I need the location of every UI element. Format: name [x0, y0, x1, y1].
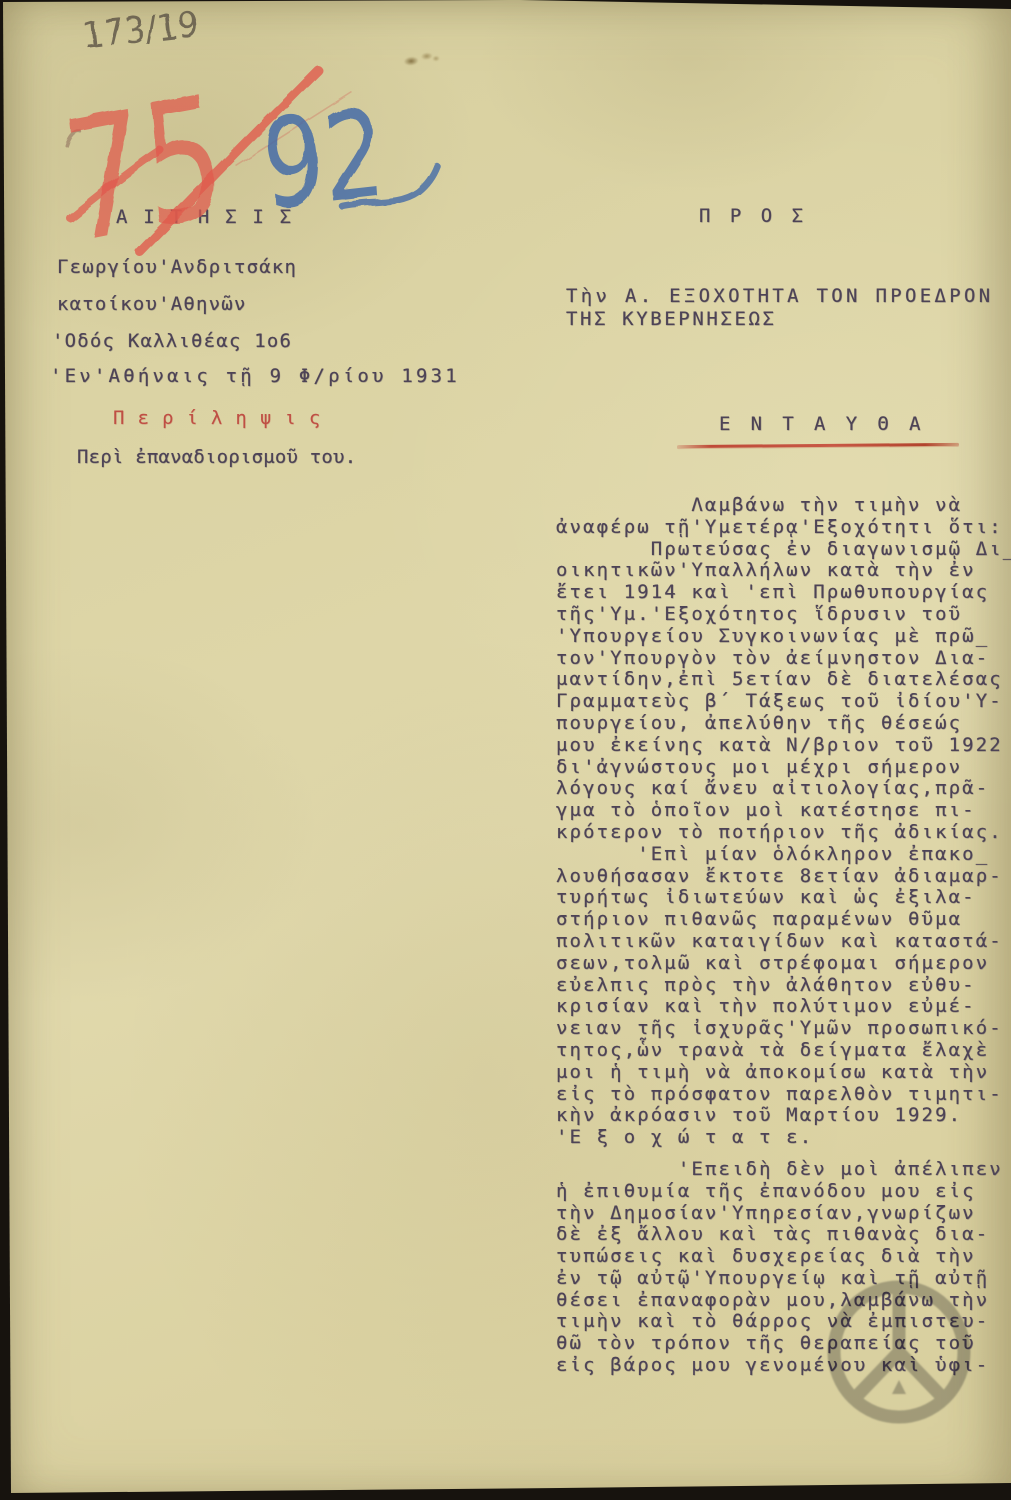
- summary-text: Περὶ ἐπαναδιορισμοῦ του.: [77, 446, 356, 468]
- date-line: 'Εν'Αθήναις τῇ 9 Φ/ρίου 1931: [50, 365, 460, 387]
- body-line: μαντίδην,ἐπὶ 5ετίαν δὲ διατελέσας: [556, 669, 1011, 691]
- to-label: Π Ρ Ο Σ: [699, 205, 807, 227]
- pencil-tick-mark: [66, 131, 80, 145]
- body-line: γμα τὸ ὁποῖον μοὶ κατέστησε πι-: [556, 800, 1011, 822]
- body-line: θέσει ἐπαναφορὰν μου,λαμβάνω τὴν: [556, 1290, 1011, 1312]
- body-line: τῆς'Υμ.'Εξοχότητος ἵδρυσιν τοῦ: [556, 604, 1011, 626]
- body-line: 'Επὶ μίαν ὁλόκληρον ἐπακο_: [556, 844, 1011, 866]
- body-line: Πρωτεύσας ἐν διαγωνισμῷ Δι_: [556, 539, 1011, 561]
- body-line: κρισίαν καὶ τὴν πολύτιμον εὐμέ-: [556, 996, 1011, 1018]
- body-paragraph: Πρωτεύσας ἐν διαγωνισμῷ Δι_οικητικῶν'Υπα…: [556, 539, 1011, 844]
- body-line: ἔτει 1914 καὶ 'επὶ Πρωθυπουργίας: [556, 582, 1011, 604]
- body-line: τυρήτως ἰδιωτεύων καὶ ὡς ἐξιλα-: [556, 887, 1011, 909]
- body-line: μοι ἡ τιμὴ νὰ ἀποκομίσω κατὰ τὴν: [556, 1062, 1011, 1084]
- summary-label: Π ε ρ ί λ η ψ ι ς: [113, 407, 321, 429]
- body-line: ἡ ἐπιθυμία τῆς ἐπανόδου μου εἰς: [556, 1181, 1011, 1203]
- body-line: ἐν τῷ αὐτῷ'Υπουργείῳ καὶ τῇ αὐτῇ: [556, 1268, 1011, 1290]
- body-line: λόγους καί ἄνευ αἰτιολογίας,πρᾶ-: [556, 778, 1011, 800]
- body-line: 'Ε ξ ο χ ώ τ α τ ε.: [556, 1127, 1011, 1149]
- body-line: στήριον πιθανῶς παραμένων θῦμα: [556, 909, 1011, 931]
- body-paragraph: Λαμβάνω τὴν τιμὴν νὰἀναφέρω τῇ'Υμετέρᾳ'Ε…: [556, 495, 1011, 539]
- body-line: δι'ἀγνώστους μοι μέχρι σήμερον: [556, 757, 1011, 779]
- body-line: νειαν τῆς ἰσχυρᾶς'Υμῶν προσωπικό-: [556, 1018, 1011, 1040]
- pencil-number: 173/19: [81, 4, 201, 58]
- document-paper: Α Ι Τ Η Σ Ι Σ Γεωργίου'Ανδριτσάκη κατοίκ…: [0, 0, 1011, 1500]
- body-line: πουργείου, ἀπελύθην τῆς θέσεώς: [556, 713, 1011, 735]
- scanned-page-background: Α Ι Τ Η Σ Ι Σ Γεωργίου'Ανδριτσάκη κατοίκ…: [0, 0, 1011, 1500]
- red-hairline-scratch: [236, 92, 352, 166]
- recipient-line-1: Τὴν Α. ΕΞΟΧΟΤΗΤΑ ΤΟΝ ΠΡΟΕΔΡΟΝ: [566, 285, 993, 307]
- sender-address: 'Οδός Καλλιθέας 1ο6: [52, 330, 292, 352]
- stamp-triangle: [892, 1380, 906, 1394]
- body-line: μου ἐκείνης κατὰ Ν/βριον τοῦ 1922: [556, 735, 1011, 757]
- body-line: Λαμβάνω τὴν τιμὴν νὰ: [556, 495, 1011, 517]
- blue-tail-stroke: [342, 166, 437, 206]
- body-paragraph: 'Επὶ μίαν ὁλόκληρον ἐπακο_λουθήσασαν ἔκτ…: [556, 844, 1011, 1149]
- body-line: 'Επειδὴ δὲν μοὶ ἀπέλιπεν: [556, 1159, 1011, 1181]
- application-title: Α Ι Τ Η Σ Ι Σ: [116, 206, 293, 228]
- body-line: κρότερον τὸ ποτήριον τῆς ἀδικίας.: [556, 822, 1011, 844]
- body-line: τυπώσεις καὶ δυσχερείας διὰ τὴν: [556, 1246, 1011, 1268]
- body-line: τὴν Δημοσίαν'Υπηρεσίαν,γνωρίζων: [556, 1203, 1011, 1225]
- body-text: Λαμβάνω τὴν τιμὴν νὰἀναφέρω τῇ'Υμετέρᾳ'Ε…: [556, 495, 1011, 1377]
- red-underline: [677, 443, 959, 448]
- sender-name: Γεωργίου'Ανδριτσάκη: [57, 256, 297, 278]
- body-line: Γραμματεὺς β´ Τάξεως τοῦ ἰδίου'Υ-: [556, 691, 1011, 713]
- body-line: πολιτικῶν καταιγίδων καὶ καταστά-: [556, 931, 1011, 953]
- body-line: εἰς τὸ πρόσφατον παρελθὸν τιμητι-: [556, 1084, 1011, 1106]
- body-line: τον'Υπουργὸν τὸν ἀείμνηστον Δια-: [556, 648, 1011, 670]
- body-line: εἰς βάρος μου γενομένου καὶ ὑφι-: [556, 1355, 1011, 1377]
- body-line: οικητικῶν'Υπαλλήλων κατὰ τὴν ἐν: [556, 560, 1011, 582]
- ink-smudge: [395, 45, 447, 72]
- place-label: Ε Ν Τ Α Υ Θ Α: [719, 413, 925, 435]
- body-paragraph: 'Επειδὴ δὲν μοὶ ἀπέλιπενἡ ἐπιθυμία τῆς ἐ…: [556, 1159, 1011, 1377]
- red-crossed-number: 75: [56, 58, 233, 281]
- body-line: δὲ ἐξ ἄλλου καὶ τὰς πιθανὰς δια-: [556, 1224, 1011, 1246]
- body-line: λουθήσασαν ἔκτοτε 8ετίαν ἀδιαμαρ-: [556, 866, 1011, 888]
- body-line: τητος,ὧν τρανὰ τὰ δείγματα ἔλαχὲ: [556, 1040, 1011, 1062]
- body-line: 'Υπουργείου Συγκοινωνίας μὲ πρῶ_: [556, 626, 1011, 648]
- body-line: τιμὴν καὶ τὸ θάρρος νὰ ἐμπιστευ-: [556, 1311, 1011, 1333]
- body-line: εὐελπις πρὸς τὴν ἀλάθητον εὐθυ-: [556, 975, 1011, 997]
- sender-residence: κατοίκου'Αθηνῶν: [57, 293, 247, 315]
- recipient-line-2: ΤΗΣ ΚΥΒΕΡΝΗΣΕΩΣ: [566, 308, 777, 330]
- body-line: θῶ τὸν τρόπον τῆς θεραπείας τοῦ: [556, 1333, 1011, 1355]
- body-line: σεων,τολμῶ καὶ στρέφομαι σήμερον: [556, 953, 1011, 975]
- body-line: ἀναφέρω τῇ'Υμετέρᾳ'Εξοχότητι ὅτι:: [556, 517, 1011, 539]
- body-line: κὴν ἀκρόασιν τοῦ Μαρτίου 1929.: [556, 1105, 1011, 1127]
